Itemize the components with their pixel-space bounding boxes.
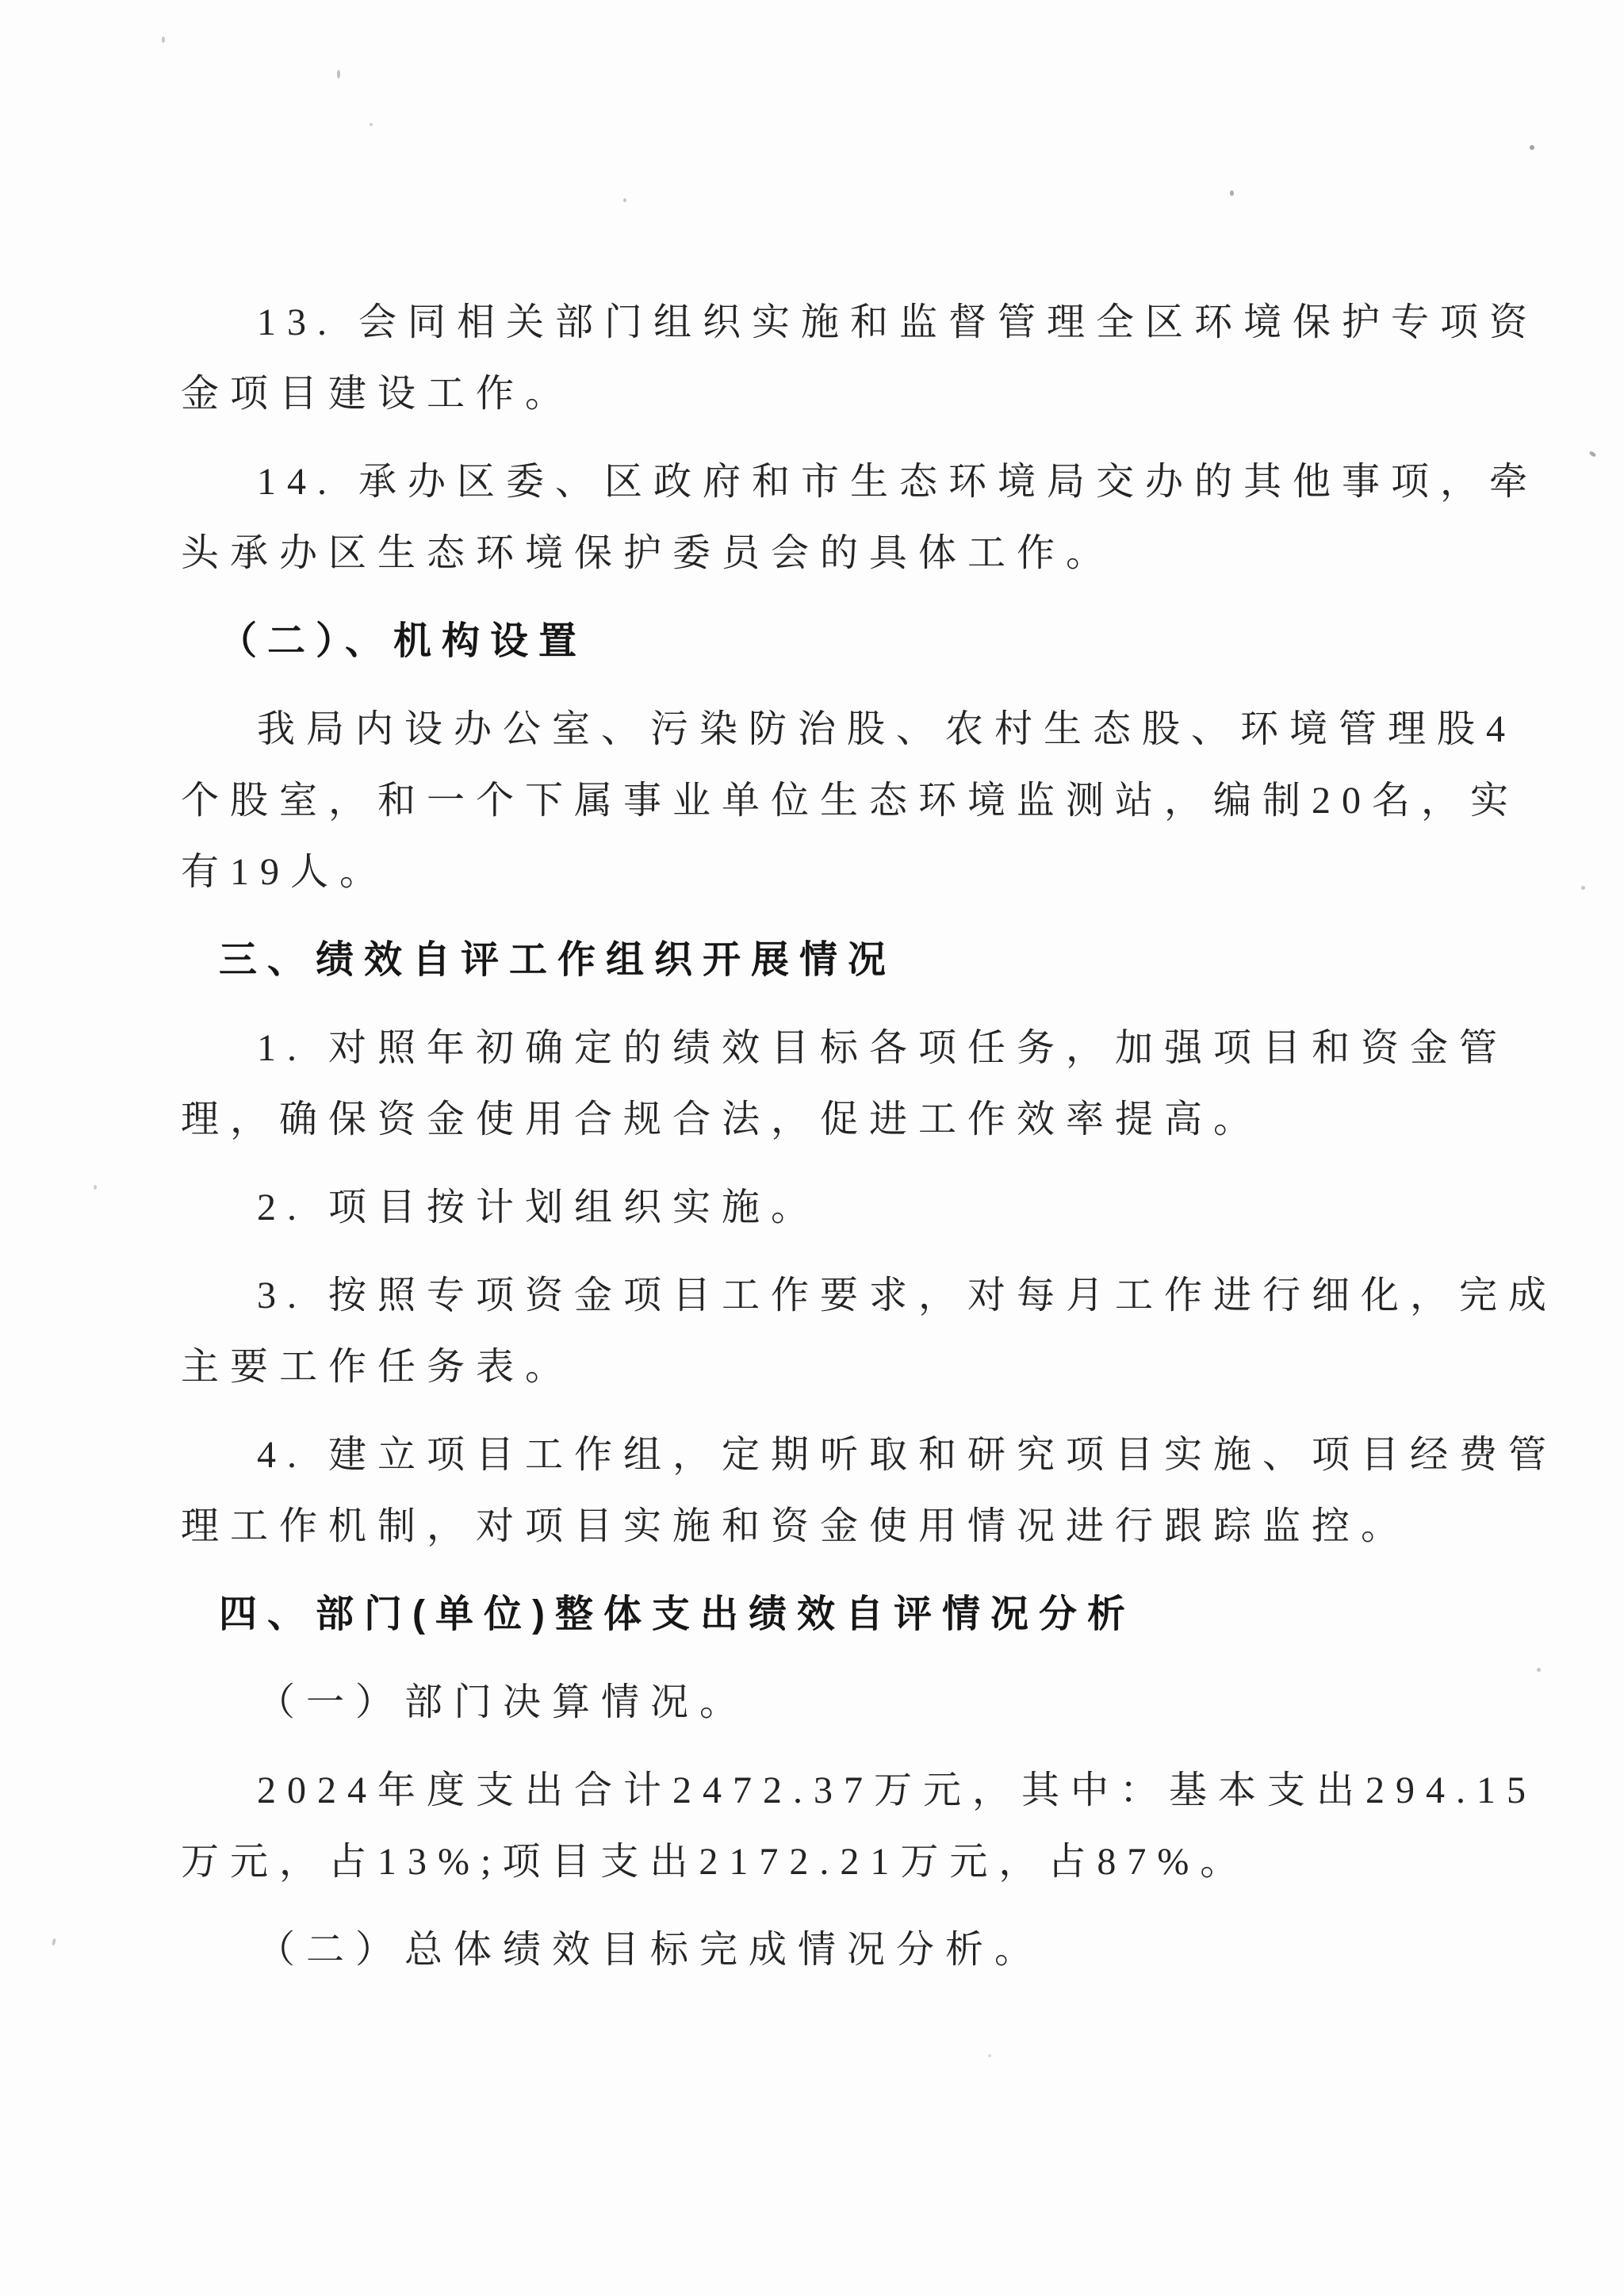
scan-artifact: [1588, 450, 1596, 458]
scan-artifact: [623, 198, 626, 202]
text-line: 2. 项目按计划组织实施。: [181, 1172, 1530, 1244]
body-paragraph: 1. 对照年初确定的绩效目标各项任务，加强项目和资金管理，确保资金使用合规合法，…: [181, 1013, 1530, 1156]
scan-artifact: [337, 70, 340, 79]
text-line: 有19人。: [181, 837, 1530, 908]
text-line: 1. 对照年初确定的绩效目标各项任务，加强项目和资金管: [181, 1013, 1530, 1084]
scan-artifact: [988, 2054, 991, 2057]
body-paragraph: 我局内设办公室、污染防治股、农村生态股、环境管理股4个股室，和一个下属事业单位生…: [181, 694, 1530, 908]
section-heading: 四、部门(单位)整体支出绩效自评情况分析: [181, 1579, 1530, 1650]
text-line: （二）总体绩效目标完成情况分析。: [181, 1915, 1530, 1986]
body-paragraph: 3. 按照专项资金项目工作要求，对每月工作进行细化，完成主要工作任务表。: [181, 1260, 1530, 1403]
text-line: 个股室，和一个下属事业单位生态环境监测站，编制20名，实: [181, 765, 1530, 837]
text-line: 14. 承办区委、区政府和市生态环境局交办的其他事项，牵: [181, 447, 1530, 518]
text-line: 头承办区生态环境保护委员会的具体工作。: [181, 518, 1530, 589]
body-paragraph: 2024年度支出合计2472.37万元，其中：基本支出294.15万元，占13%…: [181, 1755, 1530, 1898]
scan-artifact: [370, 123, 373, 126]
scan-artifact: [1537, 1668, 1541, 1672]
text-line: 四、部门(单位)整体支出绩效自评情况分析: [181, 1579, 1530, 1650]
body-paragraph: （一）部门决算情况。: [181, 1667, 1530, 1738]
text-line: 万元，占13%;项目支出2172.21万元，占87%。: [181, 1826, 1530, 1898]
scan-artifact: [1530, 145, 1534, 150]
text-line: 13. 会同相关部门组织实施和监督管理全区环境保护专项资: [181, 287, 1530, 358]
text-line: （一）部门决算情况。: [181, 1667, 1530, 1738]
text-line: 我局内设办公室、污染防治股、农村生态股、环境管理股4: [181, 694, 1530, 765]
text-line: 4. 建立项目工作组，定期听取和研究项目实施、项目经费管: [181, 1420, 1530, 1491]
body-paragraph: 2. 项目按计划组织实施。: [181, 1172, 1530, 1244]
document-content: 13. 会同相关部门组织实施和监督管理全区环境保护专项资金项目建设工作。14. …: [181, 287, 1530, 2003]
section-heading: （二）、机构设置: [181, 606, 1530, 677]
text-line: 3. 按照专项资金项目工作要求，对每月工作进行细化，完成: [181, 1260, 1530, 1332]
body-paragraph: （二）总体绩效目标完成情况分析。: [181, 1915, 1530, 1986]
scanned-document-page: 13. 会同相关部门组织实施和监督管理全区环境保护专项资金项目建设工作。14. …: [0, 0, 1624, 2296]
section-heading: 三、绩效自评工作组织开展情况: [181, 925, 1530, 996]
scan-artifact: [94, 1185, 97, 1190]
text-line: 理工作机制，对项目实施和资金使用情况进行跟踪监控。: [181, 1491, 1530, 1562]
text-line: 金项目建设工作。: [181, 358, 1530, 430]
text-line: 理，确保资金使用合规合法，促进工作效率提高。: [181, 1084, 1530, 1156]
body-paragraph: 14. 承办区委、区政府和市生态环境局交办的其他事项，牵头承办区生态环境保护委员…: [181, 447, 1530, 589]
text-line: 2024年度支出合计2472.37万元，其中：基本支出294.15: [181, 1755, 1530, 1826]
body-paragraph: 13. 会同相关部门组织实施和监督管理全区环境保护专项资金项目建设工作。: [181, 287, 1530, 430]
scan-artifact: [52, 1938, 56, 1946]
scan-artifact: [162, 36, 165, 43]
text-line: 三、绩效自评工作组织开展情况: [181, 925, 1530, 996]
text-line: 主要工作任务表。: [181, 1332, 1530, 1403]
body-paragraph: 4. 建立项目工作组，定期听取和研究项目实施、项目经费管理工作机制，对项目实施和…: [181, 1420, 1530, 1562]
scan-artifact: [1230, 190, 1234, 196]
scan-artifact: [1581, 886, 1585, 890]
text-line: （二）、机构设置: [181, 606, 1530, 677]
